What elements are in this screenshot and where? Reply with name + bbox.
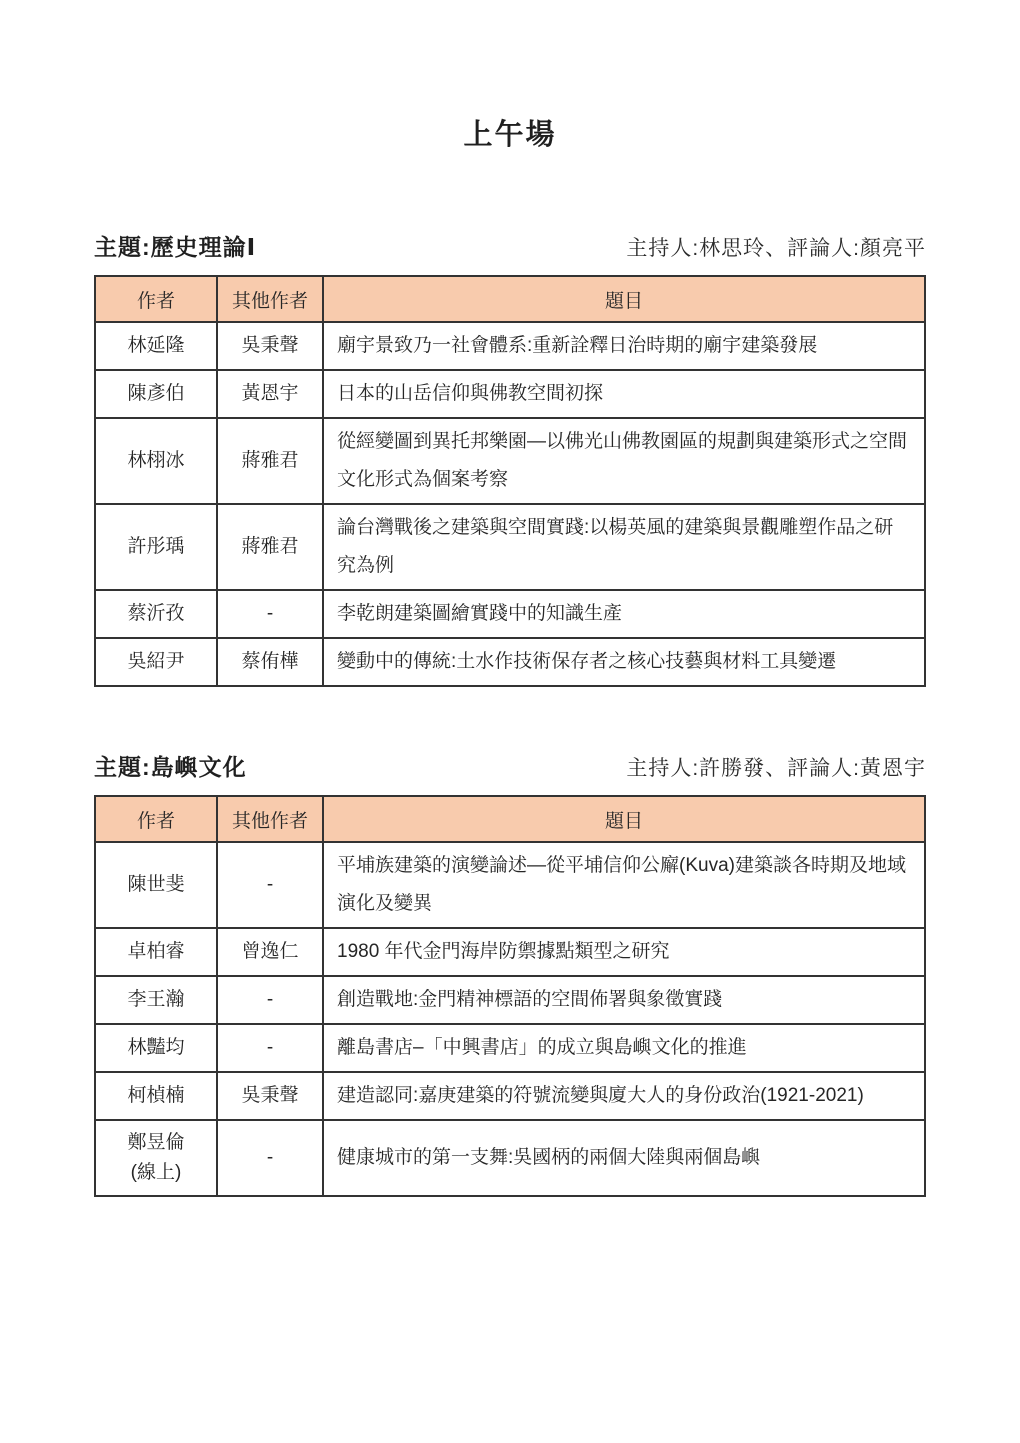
author-column-header: 作者 [95, 276, 217, 322]
other-author-cell: - [217, 976, 323, 1024]
other-author-cell: 吳秉聲 [217, 1072, 323, 1120]
other-author-cell: - [217, 590, 323, 638]
paper-title-cell: 平埔族建築的演變論述—從平埔信仰公廨(Kuva)建築談各時期及地域演化及變異 [323, 842, 925, 928]
table-header-row: 作者 其他作者 題目 [95, 796, 925, 842]
paper-title-cell: 從經變圖到異托邦樂園—以佛光山佛教園區的規劃與建築形式之空間文化形式為個案考察 [323, 418, 925, 504]
paper-title-cell: 論台灣戰後之建築與空間實踐:以楊英風的建築與景觀雕塑作品之研究為例 [323, 504, 925, 590]
table-row: 陳世斐 - 平埔族建築的演變論述—從平埔信仰公廨(Kuva)建築談各時期及地域演… [95, 842, 925, 928]
author-cell: 陳彥伯 [95, 370, 217, 418]
other-author-cell: 曾逸仁 [217, 928, 323, 976]
session-header: 主題:歷史理論Ⅰ 主持人:林思玲、評論人:顏亮平 [94, 229, 926, 262]
title-column-header: 題目 [323, 276, 925, 322]
session-table-1: 作者 其他作者 題目 林延隆 吳秉聲 廟宇景致乃一社會體系:重新詮釋日治時期的廟… [94, 275, 926, 687]
session-moderator: 主持人:許勝發、評論人:黃恩宇 [626, 752, 926, 782]
author-note-online: (線上) [100, 1158, 212, 1188]
paper-title-cell: 健康城市的第一支舞:吳國柄的兩個大陸與兩個島嶼 [323, 1120, 925, 1196]
other-author-cell: 蔡侑樺 [217, 638, 323, 686]
table-row: 蔡沂孜 - 李乾朗建築圖繪實踐中的知識生產 [95, 590, 925, 638]
table-row: 林豔均 - 離島書店–「中興書店」的成立與島嶼文化的推進 [95, 1024, 925, 1072]
paper-title-cell: 創造戰地:金門精神標語的空間佈署與象徵實踐 [323, 976, 925, 1024]
table-row: 林栩冰 蔣雅君 從經變圖到異托邦樂園—以佛光山佛教園區的規劃與建築形式之空間文化… [95, 418, 925, 504]
session-history-theory: 主題:歷史理論Ⅰ 主持人:林思玲、評論人:顏亮平 作者 其他作者 題目 林延隆 … [94, 229, 926, 687]
table-row: 卓柏睿 曾逸仁 1980 年代金門海岸防禦據點類型之研究 [95, 928, 925, 976]
author-cell: 林栩冰 [95, 418, 217, 504]
other-author-cell: - [217, 1024, 323, 1072]
paper-title-cell: 變動中的傳統:土水作技術保存者之核心技藝與材料工具變遷 [323, 638, 925, 686]
table-row: 李王瀚 - 創造戰地:金門精神標語的空間佈署與象徵實踐 [95, 976, 925, 1024]
other-author-cell: 黃恩宇 [217, 370, 323, 418]
table-row: 柯楨楠 吳秉聲 建造認同:嘉庚建築的符號流變與廈大人的身份政治(1921-202… [95, 1072, 925, 1120]
session-island-culture: 主題:島嶼文化 主持人:許勝發、評論人:黃恩宇 作者 其他作者 題目 陳世斐 -… [94, 749, 926, 1197]
table-row: 鄭昱倫 (線上) - 健康城市的第一支舞:吳國柄的兩個大陸與兩個島嶼 [95, 1120, 925, 1196]
author-cell: 鄭昱倫 (線上) [95, 1120, 217, 1196]
author-cell: 李王瀚 [95, 976, 217, 1024]
other-author-cell: 蔣雅君 [217, 418, 323, 504]
document-page: 上午場 主題:歷史理論Ⅰ 主持人:林思玲、評論人:顏亮平 作者 其他作者 題目 … [0, 0, 1020, 1443]
title-column-header: 題目 [323, 796, 925, 842]
author-cell: 卓柏睿 [95, 928, 217, 976]
author-cell: 陳世斐 [95, 842, 217, 928]
author-cell: 柯楨楠 [95, 1072, 217, 1120]
author-cell: 林豔均 [95, 1024, 217, 1072]
table-row: 林延隆 吳秉聲 廟宇景致乃一社會體系:重新詮釋日治時期的廟宇建築發展 [95, 322, 925, 370]
author-cell: 吳紹尹 [95, 638, 217, 686]
other-author-cell: - [217, 1120, 323, 1196]
author-name: 鄭昱倫 [127, 1132, 184, 1153]
author-cell: 蔡沂孜 [95, 590, 217, 638]
page-title: 上午場 [94, 112, 926, 153]
session-topic: 主題:島嶼文化 [94, 749, 247, 782]
table-row: 陳彥伯 黃恩宇 日本的山岳信仰與佛教空間初探 [95, 370, 925, 418]
paper-title-cell: 離島書店–「中興書店」的成立與島嶼文化的推進 [323, 1024, 925, 1072]
other-author-cell: - [217, 842, 323, 928]
paper-title-cell: 1980 年代金門海岸防禦據點類型之研究 [323, 928, 925, 976]
table-row: 吳紹尹 蔡侑樺 變動中的傳統:土水作技術保存者之核心技藝與材料工具變遷 [95, 638, 925, 686]
session-topic: 主題:歷史理論Ⅰ [94, 229, 256, 262]
session-header: 主題:島嶼文化 主持人:許勝發、評論人:黃恩宇 [94, 749, 926, 782]
other-author-cell: 吳秉聲 [217, 322, 323, 370]
other-author-column-header: 其他作者 [217, 276, 323, 322]
session-moderator: 主持人:林思玲、評論人:顏亮平 [626, 232, 926, 262]
author-column-header: 作者 [95, 796, 217, 842]
other-author-column-header: 其他作者 [217, 796, 323, 842]
paper-title-cell: 李乾朗建築圖繪實踐中的知識生產 [323, 590, 925, 638]
paper-title-cell: 日本的山岳信仰與佛教空間初探 [323, 370, 925, 418]
other-author-cell: 蔣雅君 [217, 504, 323, 590]
table-row: 許彤瑀 蔣雅君 論台灣戰後之建築與空間實踐:以楊英風的建築與景觀雕塑作品之研究為… [95, 504, 925, 590]
paper-title-cell: 建造認同:嘉庚建築的符號流變與廈大人的身份政治(1921-2021) [323, 1072, 925, 1120]
author-cell: 許彤瑀 [95, 504, 217, 590]
paper-title-cell: 廟宇景致乃一社會體系:重新詮釋日治時期的廟宇建築發展 [323, 322, 925, 370]
author-cell: 林延隆 [95, 322, 217, 370]
table-header-row: 作者 其他作者 題目 [95, 276, 925, 322]
session-table-2: 作者 其他作者 題目 陳世斐 - 平埔族建築的演變論述—從平埔信仰公廨(Kuva… [94, 795, 926, 1197]
